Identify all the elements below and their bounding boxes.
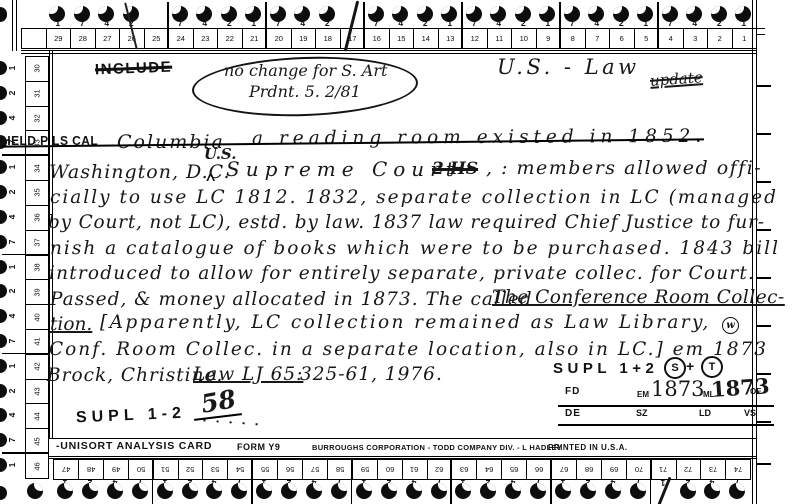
punch-box-24: 24 [168, 28, 194, 49]
punch-hole [729, 483, 745, 499]
body-line7a: Passed, & money allocated in 1873. The c… [50, 291, 533, 310]
punch-hole [605, 483, 621, 499]
punch-box-45: 45 [25, 428, 49, 454]
punch-box-54: 54 [227, 459, 253, 480]
body-line8b: [Apparently, LC collection remained as L… [100, 314, 711, 333]
punch-box-60: 60 [377, 459, 403, 480]
punch-digit: 7 [560, 18, 585, 28]
punch-digit: 1 [242, 18, 267, 28]
body-line2a: Washington, D.C. [49, 163, 231, 182]
body-line6: introduced to allow for entirely separat… [49, 265, 755, 284]
punch-hole [505, 483, 521, 499]
punch-digit: 2 [511, 18, 536, 28]
punch-box-37: 37 [25, 230, 49, 256]
punch-hole [57, 483, 73, 499]
punch-box-19: 19 [291, 28, 317, 49]
punch-box-73: 73 [700, 459, 726, 480]
punch-box-28: 28 [70, 28, 96, 49]
punch-digit: 1 [6, 262, 18, 272]
annotation-include: INCLUDE [95, 60, 173, 78]
punch-digit: 2 [413, 18, 438, 28]
punch-box-55: 55 [252, 459, 278, 480]
group-divider [251, 458, 253, 504]
punch-hole [455, 483, 471, 499]
edge-tick [757, 277, 771, 279]
punch-digit: 1 [6, 63, 18, 73]
punch-hole [281, 483, 297, 499]
punch-hole [331, 483, 347, 499]
field-ld: LD [699, 409, 711, 418]
punch-box-3: 3 [683, 28, 709, 49]
body-line7b-underlined: The Conference Room Collec- [492, 289, 785, 308]
punch-box-11: 11 [487, 28, 513, 49]
subject-heading: U.S. - Law [497, 57, 640, 78]
punch-digit: 2 [6, 386, 18, 396]
edge-tick [757, 85, 771, 87]
punch-box-9: 9 [536, 28, 562, 49]
punch-digit: 7 [266, 18, 291, 28]
punch-digit: 4 [6, 212, 18, 222]
punch-box-71: 71 [651, 459, 677, 480]
punch-guide-dots: ▪ ▪ ▪ ▪ ▪ [203, 417, 262, 429]
punch-digit: 7 [6, 435, 18, 445]
punch-hole [27, 483, 43, 499]
punch-box-30: 30 [25, 56, 49, 82]
supl-1-2-bottom: SUPL 1-2 [76, 406, 187, 427]
punch-box-51: 51 [153, 459, 179, 480]
punch-box-29: 29 [46, 28, 72, 49]
punch-hole [107, 483, 123, 499]
punch-box-62: 62 [427, 459, 453, 480]
punch-digit: 4 [193, 18, 218, 28]
group-divider [265, 2, 267, 49]
punch-box-4: 4 [658, 28, 684, 49]
punch-box-39: 39 [25, 279, 49, 305]
punch-box-52: 52 [178, 459, 204, 480]
punch-digit: 7 [364, 18, 389, 28]
card-rule [21, 53, 757, 54]
punch-digit: 1 [634, 18, 659, 28]
punch-box-41: 41 [25, 329, 49, 355]
punch-digit: 1 [651, 478, 675, 488]
circled-w: w [722, 317, 739, 334]
punch-digit: 4 [6, 311, 18, 321]
punch-box-56: 56 [277, 459, 303, 480]
card-rule [21, 50, 757, 51]
punch-box-70: 70 [626, 459, 652, 480]
punch-digit: 7 [168, 18, 193, 28]
number-58: 58 [199, 386, 238, 417]
punch-digit: 4 [95, 18, 120, 28]
group-divider [450, 458, 452, 504]
punch-digit: 1 [438, 18, 463, 28]
body-line4: by Court, not LC), estd. by law. 1837 la… [48, 214, 765, 233]
circled-note-line2: Prdnt. 5. 2/81 [249, 84, 361, 100]
punch-box-25: 25 [144, 28, 170, 49]
punch-box-2: 2 [707, 28, 733, 49]
punch-box-12: 12 [462, 28, 488, 49]
punch-box-40: 40 [25, 304, 49, 330]
punch-hole [306, 483, 322, 499]
group-divider [650, 458, 652, 504]
punch-box-53: 53 [202, 459, 228, 480]
punch-box-57: 57 [302, 459, 328, 480]
edge-tick [757, 463, 771, 465]
punch-box-32: 32 [25, 106, 49, 132]
punch-box-22: 22 [217, 28, 243, 49]
annotation-update: update [650, 70, 704, 89]
punch-hole [157, 483, 173, 499]
field-oe: OE [750, 388, 762, 396]
punch-box-58: 58 [327, 459, 353, 480]
punch-hole [0, 7, 7, 22]
punch-hole [555, 483, 571, 499]
field-rule-1 [558, 405, 774, 407]
punch-digit: 4 [585, 18, 610, 28]
punch-hole [82, 483, 98, 499]
punch-hole [182, 483, 198, 499]
punch-digit: 1 [6, 361, 18, 371]
punch-box-31: 31 [25, 81, 49, 107]
punch-box-74: 74 [725, 459, 751, 480]
group-divider [363, 2, 365, 49]
card-rule [49, 456, 757, 457]
edge-tick [757, 325, 771, 327]
field-rule-2 [558, 424, 774, 426]
punch-hole [580, 483, 596, 499]
punch-digit: 4 [6, 410, 18, 420]
punch-box-13: 13 [438, 28, 464, 49]
punch-box-36: 36 [25, 205, 49, 231]
punch-box-5: 5 [634, 28, 660, 49]
edge-tick [757, 133, 771, 135]
punch-hole [704, 483, 720, 499]
body-line9: Conf. Room Collec. in a separate locatio… [49, 341, 768, 360]
field-em-value: 1873 [651, 379, 704, 400]
citation-journal: Law LJ 65: [193, 366, 303, 385]
punch-hole [231, 483, 247, 499]
punch-box-66: 66 [526, 459, 552, 480]
punch-digit: 2 [6, 187, 18, 197]
footer-form-number: FORM Y9 [237, 443, 280, 452]
punch-box-63: 63 [451, 459, 477, 480]
edge-mark [757, 28, 765, 29]
field-de: DE [565, 409, 581, 419]
card-rule [12, 0, 13, 51]
group-divider [550, 458, 552, 504]
punch-digit: 1 [46, 18, 71, 28]
punch-box-65: 65 [501, 459, 527, 480]
supl-1-2-top: SUPL 1+2 [553, 361, 658, 376]
body-line8a-underlined: tion. [50, 316, 92, 335]
punch-digit: 1 [6, 460, 18, 470]
punch-digit: 7 [6, 336, 18, 346]
struck-2hs: 2 HS [432, 161, 478, 178]
punch-box-8: 8 [560, 28, 586, 49]
punch-box-49: 49 [103, 459, 129, 480]
punch-box-10: 10 [511, 28, 537, 49]
punch-digit: 2 [217, 18, 242, 28]
punch-box-67: 67 [551, 459, 577, 480]
punch-box-18: 18 [315, 28, 341, 49]
punch-box-48: 48 [78, 459, 104, 480]
punch-box-16: 16 [364, 28, 390, 49]
punch-box-47: 47 [53, 459, 79, 480]
body-line2b: Supreme Court [226, 159, 460, 179]
punch-box-61: 61 [402, 459, 428, 480]
body-line5: nish a catalogue of books which were to … [50, 240, 780, 259]
punch-box-21: 21 [242, 28, 268, 49]
punch-hole [206, 483, 222, 499]
punch-box-64: 64 [476, 459, 502, 480]
punch-digit: 7 [658, 18, 683, 28]
field-vs: VS [744, 409, 756, 418]
punch-box-72: 72 [676, 459, 702, 480]
circled-s: S [664, 357, 686, 379]
punch-digit: 2 [6, 88, 18, 98]
punch-box-44: 44 [25, 403, 49, 429]
punch-digit: 1 [536, 18, 561, 28]
body-line2d: , : members allowed offi- [486, 159, 762, 178]
punch-box-34: 34 [25, 155, 49, 181]
punch-box-46: 46 [25, 453, 49, 479]
group-divider [167, 2, 169, 49]
punch-box-42: 42 [25, 354, 49, 380]
punch-box-35: 35 [25, 180, 49, 206]
edge-mark [757, 34, 765, 35]
edge-tick [757, 181, 771, 183]
punch-digit: 4 [291, 18, 316, 28]
group-divider [461, 2, 463, 49]
footer-title: -UNISORT ANALYSIS CARD [56, 441, 212, 452]
field-sz: SZ [636, 409, 648, 418]
punch-digit: 2 [6, 286, 18, 296]
unisort-analysis-card: INCLUDE no change for S. Art Prdnt. 5. 2… [0, 0, 800, 504]
punch-hole [530, 483, 546, 499]
punch-hole [132, 483, 148, 499]
punch-box-43: 43 [25, 379, 49, 405]
punch-box-69: 69 [601, 459, 627, 480]
punch-digit: 1 [6, 162, 18, 172]
group-divider [152, 458, 154, 504]
punch-hole [0, 486, 7, 500]
punch-box-50: 50 [128, 459, 154, 480]
punch-box-17: 17 [340, 28, 366, 49]
punch-box-20: 20 [266, 28, 292, 49]
punch-hole [431, 483, 447, 499]
punch-digit: 4 [389, 18, 414, 28]
field-fd: FD [565, 387, 580, 397]
punch-box-15: 15 [389, 28, 415, 49]
punch-box-6: 6 [609, 28, 635, 49]
punch-box-38: 38 [25, 255, 49, 281]
group-divider [351, 458, 353, 504]
punch-digit: 7 [6, 237, 18, 247]
plus-sign: + [686, 359, 694, 373]
circled-t: T [701, 356, 723, 378]
footer-manufacturer: BURROUGHS CORPORATION - TODD COMPANY DIV… [312, 444, 562, 452]
punch-box-7: 7 [585, 28, 611, 49]
punch-hole [256, 483, 272, 499]
punch-hole [480, 483, 496, 499]
punch-digit: 7 [462, 18, 487, 28]
punch-box-14: 14 [413, 28, 439, 49]
punch-digit: 2 [707, 18, 732, 28]
punch-box-68: 68 [576, 459, 602, 480]
group-divider [559, 2, 561, 49]
punch-digit: 4 [487, 18, 512, 28]
footer-printed-in: PRINTED IN U.S.A. [548, 444, 628, 452]
punch-hole [680, 483, 696, 499]
field-em: EM [637, 391, 649, 399]
punch-digit: 4 [6, 113, 18, 123]
punch-digit: 2 [315, 18, 340, 28]
body-line3: cially to use LC 1812. 1832, separate co… [50, 189, 778, 208]
punch-hole [356, 483, 372, 499]
edge-tick [757, 421, 771, 423]
punch-digit: 7 [70, 18, 95, 28]
punch-hole [381, 483, 397, 499]
punch-hole [630, 483, 646, 499]
punch-box-27: 27 [95, 28, 121, 49]
punch-box-23: 23 [193, 28, 219, 49]
punch-hole [406, 483, 422, 499]
card-rule [16, 0, 17, 51]
circled-note-line1: no change for S. Art [224, 63, 387, 79]
punch-box-59: 59 [352, 459, 378, 480]
punch-digit: 2 [609, 18, 634, 28]
punch-digit: 4 [683, 18, 708, 28]
punch-box-blank [21, 28, 47, 49]
citation-pages: 325-61, 1976. [300, 366, 443, 385]
group-divider [657, 2, 659, 49]
